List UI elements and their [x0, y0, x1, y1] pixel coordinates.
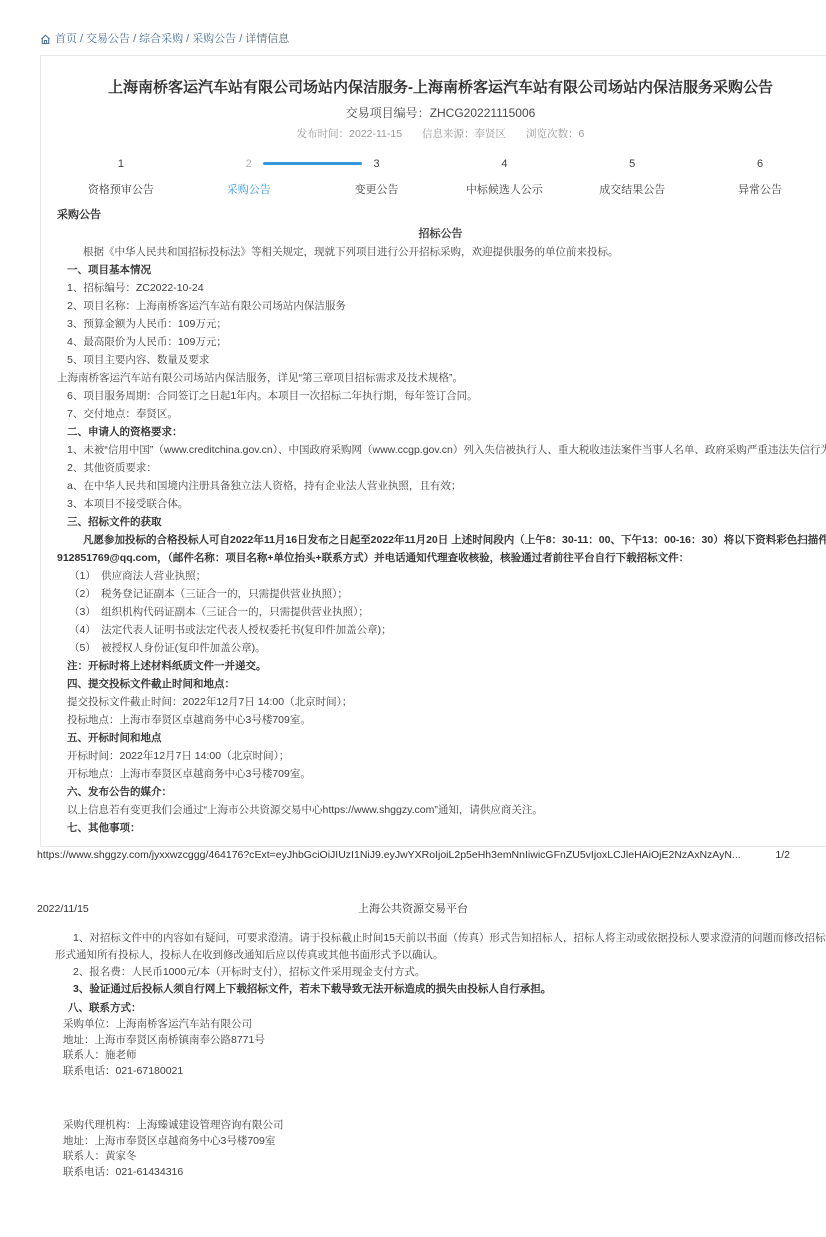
step-label: 异常公告 [696, 183, 824, 197]
project-number-line: 交易项目编号：ZHCG20221115006 [57, 106, 824, 120]
step-label: 资格预审公告 [57, 183, 185, 197]
step-label: 中标候选人公示 [440, 183, 568, 197]
doc-line: （2） 税务登记证副本（三证合一的，只需提供营业执照）； [69, 585, 824, 603]
doc-line: 2、项目名称：上海南桥客运汽车站有限公司场站内保洁服务 [67, 297, 824, 315]
doc-line: 七、其他事项： [67, 819, 824, 837]
breadcrumb-item[interactable]: 首页 [55, 32, 77, 46]
doc-line: 采购代理机构：上海臻诚建设管理咨询有限公司 [63, 1118, 826, 1134]
print-header-title: 上海公共资源交易平台 [0, 902, 826, 916]
doc-line: 1、招标编号：ZC2022-10-24 [67, 279, 824, 297]
notice-body-continued: 1、对招标文件中的内容如有疑问，可要求澄清。请于投标截止时间15天前以书面（传真… [0, 930, 826, 1180]
doc-line: 根据《中华人民共和国招标投标法》等相关规定，现就下列项目进行公开招标采购，欢迎提… [67, 243, 824, 261]
doc-line: 四、提交投标文件截止时间和地点： [67, 675, 824, 693]
breadcrumb-item: 详情信息 [245, 32, 289, 46]
breadcrumb-item[interactable]: 采购公告 [192, 32, 236, 46]
doc-line: 4、最高限价为人民币：109万元； [67, 333, 824, 351]
doc-line: 7、交付地点：奉贤区。 [67, 405, 824, 423]
step-wizard: 1资格预审公告2采购公告3变更公告4中标候选人公示5成交结果公告6异常公告 [57, 157, 824, 197]
doc-line: 投标地点：上海市奉贤区卓越商务中心3号楼709室。 [67, 711, 824, 729]
step-number: 1 [57, 157, 185, 171]
project-number: ZHCG20221115006 [430, 106, 536, 120]
meta-item: 信息来源：奉贤区 [422, 128, 506, 141]
doc-line: 地址：上海市奉贤区卓越商务中心3号楼709室 [63, 1134, 826, 1150]
doc-line: （5） 被授权人身份证(复印件加盖公章)。 [69, 639, 824, 657]
doc-line: 联系人：黄家冬 [63, 1149, 826, 1165]
meta-item: 发布时间：2022-11-15 [297, 128, 402, 141]
meta-item: 浏览次数：6 [526, 128, 584, 141]
breadcrumb-separator: / [133, 32, 136, 46]
doc-line: （3） 组织机构代码证副本（三证合一的，只需提供营业执照）； [69, 603, 824, 621]
home-icon [40, 34, 51, 45]
announcement-panel: 上海南桥客运汽车站有限公司场站内保洁服务-上海南桥客运汽车站有限公司场站内保洁服… [40, 55, 826, 847]
step-item[interactable]: 6异常公告 [696, 157, 824, 197]
doc-line: 八、联系方式： [68, 1000, 826, 1017]
breadcrumb: 首页/交易公告/综合采购/采购公告/详情信息 [40, 32, 289, 46]
step-item[interactable]: 5成交结果公告 [568, 157, 696, 197]
doc-line: （4） 法定代表人证明书或法定代表人授权委托书(复印件加盖公章)； [69, 621, 824, 639]
doc-line: 三、招标文件的获取 [67, 513, 824, 531]
doc-line: 开标时间：2022年12月7日 14:00（北京时间）； [67, 747, 824, 765]
doc-line: 912851769@qq.com，（邮件名称：项目名称+单位抬头+联系方式）并电… [57, 549, 824, 567]
print-page-2: 2022/11/15 上海公共资源交易平台 1、对招标文件中的内容如有疑问，可要… [0, 902, 826, 1180]
doc-line: 凡愿参加投标的合格投标人可自2022年11月16日发布之日起至2022年11月2… [67, 531, 824, 549]
doc-line: 提交投标文件截止时间：2022年12月7日 14:00（北京时间）； [67, 693, 824, 711]
notice-body: 招标公告根据《中华人民共和国招标投标法》等相关规定，现就下列项目进行公开招标采购… [57, 225, 824, 837]
step-connector [263, 162, 362, 165]
step-number: 5 [568, 157, 696, 171]
doc-line: 3、本项目不接受联合体。 [67, 495, 824, 513]
doc-line: 一、项目基本情况 [67, 261, 824, 279]
doc-line: 二、申请人的资格要求： [67, 423, 824, 441]
doc-line: 注：开标时将上述材料纸质文件一并递交。 [67, 657, 824, 675]
print-footer: https://www.shggzy.com/jyxxwzcggg/464176… [37, 849, 790, 862]
doc-line: 3、验证通过后投标人须自行网上下载招标文件，若未下载导致无法开标造成的损失由投标… [55, 981, 826, 998]
doc-line: 开标地点：上海市奉贤区卓越商务中心3号楼709室。 [67, 765, 824, 783]
step-number: 6 [696, 157, 824, 171]
page-title: 上海南桥客运汽车站有限公司场站内保洁服务-上海南桥客运汽车站有限公司场站内保洁服… [57, 78, 824, 97]
breadcrumb-separator: / [186, 32, 189, 46]
doc-line: 五、开标时间和地点 [67, 729, 824, 747]
doc-line: 2、其他资质要求： [67, 459, 824, 477]
doc-line: （1） 供应商法人营业执照； [69, 567, 824, 585]
doc-line: 3、预算金额为人民币：109万元； [67, 315, 824, 333]
step-label: 变更公告 [313, 183, 441, 197]
step-label: 采购公告 [185, 183, 313, 197]
notice-section-label: 采购公告 [57, 208, 824, 222]
print-header: 2022/11/15 上海公共资源交易平台 [0, 902, 826, 916]
doc-line: 6、项目服务周期：合同签订之日起1年内。本项目一次招标二年执行期，每年签订合同。 [67, 387, 824, 405]
print-footer-url: https://www.shggzy.com/jyxxwzcggg/464176… [37, 849, 761, 862]
meta-line: 发布时间：2022-11-15信息来源：奉贤区浏览次数：6 [57, 128, 824, 141]
step-label: 成交结果公告 [568, 183, 696, 197]
doc-line: 1、对招标文件中的内容如有疑问，可要求澄清。请于投标截止时间15天前以书面（传真… [55, 930, 826, 947]
step-number: 4 [440, 157, 568, 171]
breadcrumb-separator: / [80, 32, 83, 46]
doc-line: 形式通知所有投标人，投标人在收到修改通知后应以传真或其他书面形式予以确认。 [55, 947, 826, 964]
doc-line: 联系电话：021-61434316 [63, 1165, 826, 1181]
doc-line: a、在中华人民共和国境内注册具备独立法人资格，持有企业法人营业执照，且有效； [67, 477, 824, 495]
breadcrumb-item[interactable]: 交易公告 [86, 32, 130, 46]
breadcrumb-separator: / [239, 32, 242, 46]
breadcrumb-item[interactable]: 综合采购 [139, 32, 183, 46]
doc-line: 上海南桥客运汽车站有限公司场站内保洁服务，详见“第三章项目招标需求及技术规格”。 [57, 369, 824, 387]
doc-line: 采购单位：上海南桥客运汽车站有限公司 [63, 1017, 826, 1033]
doc-line: 1、未被“信用中国”（www.creditchina.gov.cn）、中国政府采… [67, 441, 824, 459]
project-number-label: 交易项目编号： [346, 106, 430, 120]
step-item[interactable]: 1资格预审公告 [57, 157, 185, 197]
doc-line: 2、报名费：人民币1000元/本（开标时支付），招标文件采用现金支付方式。 [55, 964, 826, 981]
doc-line: 5、项目主要内容、数量及要求 [67, 351, 824, 369]
doc-line: 以上信息若有变更我们会通过“上海市公共资源交易中心https://www.shg… [67, 801, 824, 819]
step-item[interactable]: 4中标候选人公示 [440, 157, 568, 197]
doc-line: 地址：上海市奉贤区南桥镇南奉公路8771号 [63, 1033, 826, 1049]
doc-line: 联系人：施老师 [63, 1048, 826, 1064]
page-indicator: 1/2 [775, 849, 790, 862]
doc-line: 联系电话：021-67180021 [63, 1064, 826, 1080]
doc-line: 六、发布公告的媒介： [67, 783, 824, 801]
doc-line: 招标公告 [57, 225, 824, 243]
